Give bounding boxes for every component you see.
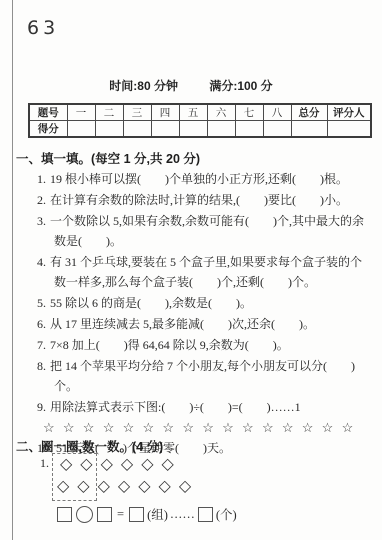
remainder-box xyxy=(198,507,213,522)
question-text: 把 14 个苹果平均分给 7 个小朋友,每个小朋友可以分( )个。 xyxy=(50,359,355,393)
score-cell xyxy=(263,121,291,138)
page-number: 63 xyxy=(27,17,59,39)
header-col-2: 二 xyxy=(95,104,123,121)
question-8: 8.把 14 个苹果平均分给 7 个小朋友,每个小朋友可以分( )个。 xyxy=(37,356,370,396)
score-cell xyxy=(207,121,235,138)
score-cell xyxy=(179,121,207,138)
question-list: 1.19 根小棒可以摆( )个单独的小正方形,还剩( )根。 2.在计算有余数的… xyxy=(37,169,370,459)
header-col-3: 三 xyxy=(123,104,151,121)
header-col-1: 一 xyxy=(67,104,95,121)
question-number: 5. xyxy=(37,296,46,310)
score-row-label: 得分 xyxy=(29,121,67,138)
question-5: 5.55 除以 6 的商是( ),余数是( )。 xyxy=(37,293,370,313)
star-row: ☆ ☆ ☆ ☆ ☆ ☆ ☆ ☆ ☆ ☆ ☆ ☆ ☆ ☆ ☆ ☆ xyxy=(37,418,370,438)
question-number: 7. xyxy=(37,338,46,352)
question-text: 19 根小棒可以摆( )个单独的小正方形,还剩( )根。 xyxy=(50,172,348,186)
section1-title: 一、填一填。(每空 1 分,共 20 分) xyxy=(16,149,200,167)
question-9: 9.用除法算式表示下图:( )÷( )=( )……1 xyxy=(37,397,370,417)
score-table: 题号 一 二 三 四 五 六 七 八 总分 评分人 得分 xyxy=(28,103,372,138)
question-number: 9. xyxy=(37,400,46,414)
fill-equation: = (组) …… (个) xyxy=(55,505,238,523)
score-cell xyxy=(123,121,151,138)
score-cell xyxy=(327,121,371,138)
exam-paper: 63 时间:80 分钟 满分:100 分 题号 一 二 三 四 五 六 七 八 … xyxy=(0,0,382,540)
question-text: 用除法算式表示下图:( )÷( )=( )……1 xyxy=(50,400,301,414)
group-label: (组) xyxy=(147,505,168,523)
dividend-box xyxy=(57,507,72,522)
question-number: 1. xyxy=(37,172,46,186)
score-cell xyxy=(235,121,263,138)
question-number: 3. xyxy=(37,214,46,228)
score-table-header-row: 题号 一 二 三 四 五 六 七 八 总分 评分人 xyxy=(29,104,371,121)
score-cell xyxy=(95,121,123,138)
question-text: 有 31 个乒乓球,要装在 5 个盒子里,如果要求每个盒子装的个数一样多,那么每… xyxy=(50,255,362,289)
score-cell xyxy=(151,121,179,138)
question-3: 3.一个数除以 5,如果有余数,余数可能有( )个,其中最大的余数是( )。 xyxy=(37,211,370,251)
time-limit-label: 时间:80 分钟 xyxy=(109,79,178,93)
quotient-box xyxy=(129,507,144,522)
question-number: 6. xyxy=(37,317,46,331)
question-text: 55 除以 6 的商是( ),余数是( )。 xyxy=(50,296,252,310)
header-grader: 评分人 xyxy=(327,104,371,121)
question-number: 2. xyxy=(37,193,46,207)
question-text: 一个数除以 5,如果有余数,余数可能有( )个,其中最大的余数是( )。 xyxy=(50,214,364,248)
header-col-8: 八 xyxy=(263,104,291,121)
header-col-5: 五 xyxy=(179,104,207,121)
item-number: 1. xyxy=(40,456,49,470)
question-7: 7.7×8 加上( )得 64,64 除以 9,余数为( )。 xyxy=(37,335,370,355)
header-col-7: 七 xyxy=(235,104,263,121)
dashed-group-box xyxy=(52,453,97,501)
question-number: 4. xyxy=(37,255,46,269)
question-number: 8. xyxy=(37,359,46,373)
circle-count-item: 1. ◇ ◇ ◇ ◇ ◇ ◇ ◇ ◇ ◇ ◇ ◇ ◇ ◇ xyxy=(40,454,191,498)
question-2: 2.在计算有余数的除法时,计算的结果,( )要比( )小。 xyxy=(37,190,370,210)
header-col-4: 四 xyxy=(151,104,179,121)
question-text: 7×8 加上( )得 64,64 除以 9,余数为( )。 xyxy=(50,338,289,352)
question-text: 在计算有余数的除法时,计算的结果,( )要比( )小。 xyxy=(50,193,348,207)
exam-header: 时间:80 分钟 满分:100 分 xyxy=(0,77,382,94)
question-text: 从 17 里连续减去 5,最多能减( )次,还余( )。 xyxy=(50,317,315,331)
header-question-no: 题号 xyxy=(29,104,67,121)
full-score-label: 满分:100 分 xyxy=(209,79,272,93)
operator-circle xyxy=(76,506,93,523)
question-1: 1.19 根小棒可以摆( )个单独的小正方形,还剩( )根。 xyxy=(37,169,370,189)
question-4: 4.有 31 个乒乓球,要装在 5 个盒子里,如果要求每个盒子装的个数一样多,那… xyxy=(37,252,370,292)
unit-label: (个) xyxy=(216,505,237,523)
score-cell xyxy=(291,121,327,138)
equals-sign: = xyxy=(117,507,124,522)
score-table-score-row: 得分 xyxy=(29,121,371,138)
score-cell xyxy=(67,121,95,138)
question-6: 6.从 17 里连续减去 5,最多能减( )次,还余( )。 xyxy=(37,314,370,334)
remainder-dots: …… xyxy=(170,507,195,522)
header-col-6: 六 xyxy=(207,104,235,121)
divisor-box xyxy=(97,507,112,522)
diamond-grid: ◇ ◇ ◇ ◇ ◇ ◇ ◇ ◇ ◇ ◇ ◇ ◇ ◇ xyxy=(57,454,191,498)
header-total: 总分 xyxy=(291,104,327,121)
